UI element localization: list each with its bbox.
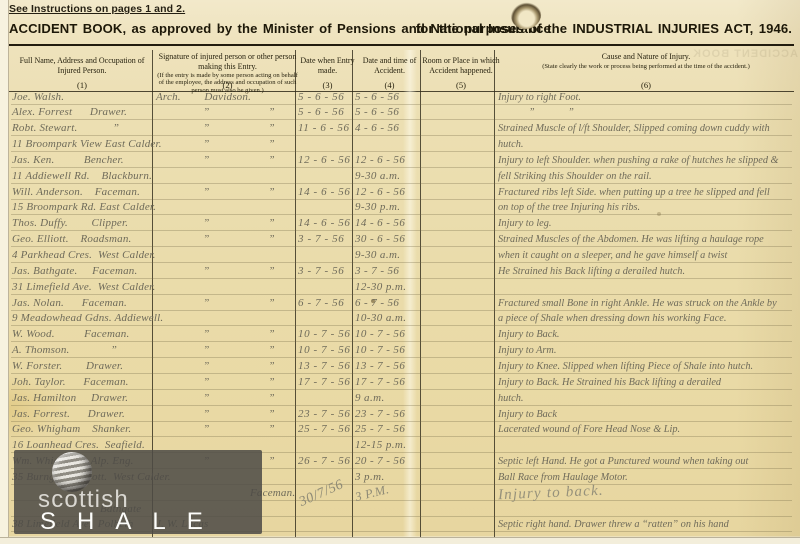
cell-c4: 5 - 6 - 56 [355, 91, 399, 104]
cell-c3: 3 - 7 - 56 [298, 265, 344, 278]
cell-c6: fell Striking this Shoulder on the rail. [498, 170, 652, 183]
table-row: Jas. Forrest. Drawer. ” ”23 - 7 - 5623 -… [0, 408, 800, 424]
cell-c3: 12 - 6 - 56 [298, 154, 350, 167]
cell-c6: a piece of Shale when dressing down his … [498, 312, 726, 325]
cell-c6: Injury to Back. He Strained his Back lif… [498, 376, 721, 389]
cell-c6: Injury to right Foot. [498, 91, 581, 104]
cell-c2: ” ” [156, 408, 275, 421]
cell-c6: hutch. [498, 138, 523, 151]
cell-c1: Joh. Taylor. Faceman. [12, 376, 129, 389]
cell-c1: Geo. Elliott. Roadsman. [12, 233, 131, 246]
cell-c2: ” ” [156, 233, 275, 246]
cell-c1: Joe. Walsh. [12, 91, 64, 104]
cell-c4: 12-30 p.m. [355, 281, 406, 294]
cell-c4: 12 - 6 - 56 [355, 186, 405, 199]
table-row: W. Forster. Drawer. ” ”13 - 7 - 5613 - 7… [0, 360, 800, 376]
cell-c3: 26 - 7 - 56 [298, 455, 350, 468]
table-row: Jas. Ken. Bencher. ” ”12 - 6 - 5612 - 6 … [0, 154, 800, 170]
cell-c3: 17 - 7 - 56 [298, 376, 350, 389]
cell-c6: Septic right hand. Drawer threw a “ratte… [498, 518, 729, 531]
table-row: Joh. Taylor. Faceman. ” ”17 - 7 - 5617 -… [0, 376, 800, 392]
cell-c1: 15 Broompark Rd. East Calder. [12, 201, 156, 214]
cell-c6: Injury to leg. [498, 217, 551, 230]
cell-c4: 10 - 7 - 56 [355, 328, 405, 341]
cell-c2: ” ” [156, 217, 275, 230]
cell-c1: Alex. Forrest Drawer. [12, 106, 127, 119]
cell-c1: Jas. Forrest. Drawer. [12, 408, 125, 421]
cell-c4: 4 - 6 - 56 [355, 122, 399, 135]
page-left-edge [0, 0, 9, 544]
cell-c6: Strained Muscles of the Abdomen. He was … [498, 233, 764, 246]
cell-c4: 3 p.m. [355, 471, 385, 484]
cell-c3: 23 - 7 - 56 [298, 408, 350, 421]
cell-c6: on top of the tree Injuring his ribs. [498, 201, 640, 214]
cell-c6: Injury to Back [498, 408, 557, 421]
cell-c3: 13 - 7 - 56 [298, 360, 350, 373]
title-rule [8, 44, 794, 46]
cell-c1: 9 Meadowhead Gdns. Addiewell. [12, 312, 163, 325]
cell-c2: ” ” [156, 376, 275, 389]
cell-c1: Jas. Bathgate. Faceman. [12, 265, 137, 278]
cell-c1: 4 Parkhead Cres. West Calder. [12, 249, 156, 262]
cell-c1: Jas. Hamilton Drawer. [12, 392, 128, 405]
cell-c4: 12 - 6 - 56 [355, 154, 405, 167]
cell-c3: 6 - 7 - 56 [298, 297, 344, 310]
header-cell-date-entry: Date when Entry made. (3) [297, 50, 358, 91]
cell-c6: Septic left Hand. He got a Punctured wou… [498, 455, 748, 468]
cell-c4: 17 - 7 - 56 [355, 376, 405, 389]
cell-c1: 31 Limefield Ave. West Calder. [12, 281, 155, 294]
cell-c4: 25 - 7 - 56 [355, 423, 405, 436]
cell-c2: ” ” [156, 423, 275, 436]
table-row: 11 Addiewell Rd. Blackburn.9-30 a.m.fell… [0, 170, 800, 186]
table-row: 15 Broompark Rd. East Calder.9-30 p.m.on… [0, 201, 800, 217]
cell-c6: Ball Race from Haulage Motor. [498, 471, 628, 484]
cell-c2: ” ” [156, 328, 275, 341]
header-cell-cause: Cause and Nature of Injury. (State clear… [496, 50, 796, 91]
cell-c6: Injury to Arm. [498, 344, 556, 357]
cell-c4: 20 - 7 - 56 [355, 455, 405, 468]
table-row: Thos. Duffy. Clipper. ” ”14 - 6 - 5614 -… [0, 217, 800, 233]
table-row: Geo. Whigham Shanker. ” ”25 - 7 - 5625 -… [0, 423, 800, 439]
cell-c4: 9-30 p.m. [355, 201, 400, 214]
table-row: 11 Broompark View East Calder. ” ”hutch. [0, 138, 800, 154]
cell-c6: Fractured ribs left Side. when putting u… [498, 186, 770, 199]
page-title-right: for the purposes of the INDUSTRIAL INJUR… [416, 21, 792, 36]
table-row: Geo. Elliott. Roadsman. ” ”3 - 7 - 5630 … [0, 233, 800, 249]
header-cell-date-accident: Date and time of Accident. (4) [353, 50, 426, 91]
table-row: W. Wood. Faceman. ” ”10 - 7 - 5610 - 7 -… [0, 328, 800, 344]
cell-c6: Fractured small Bone in right Ankle. He … [498, 297, 777, 310]
table-row: Jas. Hamilton Drawer. ” ”9 a.m.hutch. [0, 392, 800, 408]
cell-c4: 9-30 a.m. [355, 249, 400, 262]
cell-c6: Strained Muscle of l/ft Shoulder, Slippe… [498, 122, 770, 135]
cell-c1: W. Forster. Drawer. [12, 360, 123, 373]
table-row: Robt. Stewart. ” ” ”11 - 6 - 564 - 6 - 5… [0, 122, 800, 138]
cell-c3: 11 - 6 - 56 [298, 122, 350, 135]
cell-c2: ” ” [156, 154, 275, 167]
table-row: 9 Meadowhead Gdns. Addiewell.10-30 a.m.a… [0, 312, 800, 328]
cell-c6: Lacerated wound of Fore Head Nose & Lip. [498, 423, 680, 436]
table-row: Jas. Nolan. Faceman. ” ”6 - 7 - 566 - 7 … [0, 297, 800, 313]
cell-c3: 10 - 7 - 56 [298, 344, 350, 357]
cell-c1: Jas. Ken. Bencher. [12, 154, 124, 167]
cell-c1: Geo. Whigham Shanker. [12, 423, 131, 436]
cell-c1: 11 Broompark View East Calder. [12, 138, 162, 151]
cell-c1: A. Thomson. ” [12, 344, 117, 357]
table-row: Alex. Forrest Drawer. ” ”5 - 6 - 565 - 6… [0, 106, 800, 122]
cell-c6: Injury to back. [498, 484, 604, 502]
table-row: A. Thomson. ” ” ”10 - 7 - 5610 - 7 - 56I… [0, 344, 800, 360]
cell-c1: Robt. Stewart. ” [12, 122, 119, 135]
header-cell-signature: Signature of injured person or other per… [154, 50, 301, 91]
cell-c2: ” ” [156, 360, 275, 373]
cell-c2: ” ” [156, 122, 275, 135]
cell-c6: hutch. [498, 392, 523, 405]
watermark-line2: SHALE [40, 508, 224, 536]
cell-c1: Thos. Duffy. Clipper. [12, 217, 128, 230]
table-row: Will. Anderson. Faceman. ” ”14 - 6 - 561… [0, 186, 800, 202]
cell-c2: ” ” [156, 344, 275, 357]
header-cell-place: Room or Place in which Accident happened… [421, 50, 501, 91]
cell-c4: 30 - 6 - 56 [355, 233, 405, 246]
cell-c6: when it caught on a sleeper, and he gave… [498, 249, 727, 262]
accident-book-page: See Instructions on pages 1 and 2. ACCID… [0, 0, 800, 544]
cell-c1: Jas. Nolan. Faceman. [12, 297, 127, 310]
cell-c1: 11 Addiewell Rd. Blackburn. [12, 170, 152, 183]
cell-c3: 3 - 7 - 56 [298, 233, 344, 246]
cell-c2: ” ” [156, 265, 275, 278]
cell-c4: 9-30 a.m. [355, 170, 400, 183]
cell-c4: 5 - 6 - 56 [355, 106, 399, 119]
cell-c3: 14 - 6 - 56 [298, 186, 350, 199]
cell-c4: 10 - 7 - 56 [355, 344, 405, 357]
cell-c1: W. Wood. Faceman. [12, 328, 129, 341]
cell-c1: Will. Anderson. Faceman. [12, 186, 140, 199]
table-row: 4 Parkhead Cres. West Calder.9-30 a.m.wh… [0, 249, 800, 265]
instructions-note: See Instructions on pages 1 and 2. [9, 3, 185, 15]
cell-c3: 5 - 6 - 56 [298, 106, 344, 119]
cell-c6: Injury to Knee. Slipped when lifting Pie… [498, 360, 753, 373]
cell-c3: 25 - 7 - 56 [298, 423, 350, 436]
cell-c3: 10 - 7 - 56 [298, 328, 350, 341]
watermark-box: scottish SHALE [14, 450, 262, 534]
cell-c2: ” ” [156, 138, 275, 151]
table-row: Joe. Walsh.Arch. Davidson.5 - 6 - 565 - … [0, 91, 800, 107]
cell-c6: Injury to Back. [498, 328, 559, 341]
cell-c4: 9 a.m. [355, 392, 385, 405]
cell-c6: He Strained his Back lifting a derailed … [498, 265, 685, 278]
cell-c2: ” ” [156, 186, 275, 199]
cell-c2: ” ” [156, 106, 275, 119]
cell-c4: 13 - 7 - 56 [355, 360, 405, 373]
cell-c4: 10-30 a.m. [355, 312, 406, 325]
cell-c4: 14 - 6 - 56 [355, 217, 405, 230]
page-bottom-edge [0, 537, 800, 544]
cell-c2: Arch. Davidson. [156, 91, 251, 104]
table-row: Jas. Bathgate. Faceman. ” ”3 - 7 - 563 -… [0, 265, 800, 281]
cell-c4: 6 - 7 - 56 [355, 297, 399, 310]
cell-c4: 23 - 7 - 56 [355, 408, 405, 421]
cell-c2: ” ” [156, 392, 275, 405]
table-row: 31 Limefield Ave. West Calder.12-30 p.m. [0, 281, 800, 297]
cell-c3: 5 - 6 - 56 [298, 91, 344, 104]
table-header: Full Name, Address and Occupation of Inj… [8, 50, 794, 91]
cell-c2: ” ” [156, 297, 275, 310]
cell-c4: 12-15 p.m. [355, 439, 406, 452]
header-cell-name: Full Name, Address and Occupation of Inj… [12, 50, 152, 91]
cell-c6: Injury to left Shoulder. when pushing a … [498, 154, 779, 167]
cell-c4: 3 P.M. [354, 483, 391, 504]
cell-c3: 14 - 6 - 56 [298, 217, 350, 230]
cell-c4: 3 - 7 - 56 [355, 265, 399, 278]
cell-c6: ” ” [498, 106, 574, 119]
